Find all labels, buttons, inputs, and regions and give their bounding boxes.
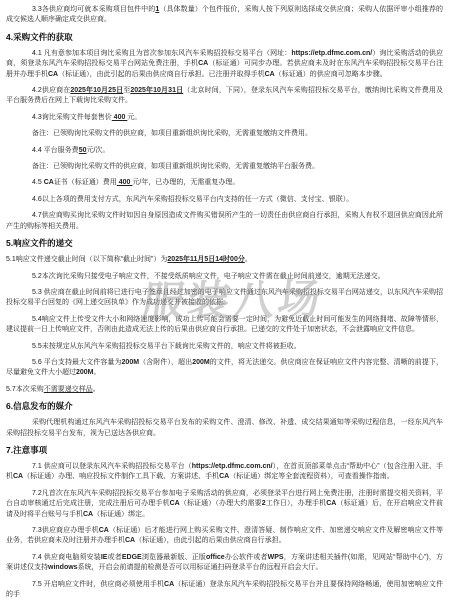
text-segment: 工作日），办理手机: [266, 500, 327, 507]
text-segment: （标证通），由此引起的后果由供应商自行承担。已注册并取得手机: [58, 71, 265, 78]
text-segment: 备注：已领购询比采购文件的供应商，如项目重新组织询比采购，无需重复缴纳文件费用。: [32, 130, 312, 137]
text-segment: 5.响应文件的递交: [6, 238, 73, 248]
text-segment: 5.7本次采购: [6, 386, 44, 393]
paragraph: 采购代理机构通过东风汽车采购招投标交易平台发布的采购文件、澄清、修改、补遗、成交…: [6, 418, 443, 439]
text-segment: （标证通）绑定。: [93, 511, 149, 518]
text-segment: （标证通）办理、响应投标文件制作工具下载、方案讲述、手机: [23, 473, 219, 480]
text-segment: 4.3询比采购文件每套售价: [32, 114, 112, 121]
text-segment: 5.6 平台支持最大文件容量为: [32, 359, 122, 366]
emphasis-text: 200M: [192, 359, 210, 366]
paragraph: 5.7本次采购不需要递交样品。: [6, 385, 443, 395]
text-segment: （标证通），由此引起的后果由供应商自行承担。: [135, 537, 286, 544]
paragraph: 4.2供应商在2025年10月25日至2025年10月31日（北京时间，下同），…: [6, 86, 443, 107]
paragraph: 4.1 凡有意参加本项目询比采购且为首次参加东风汽车采购招投标交易平台（网址：h…: [6, 49, 443, 80]
text-segment: （含附件），超出: [139, 359, 192, 366]
text-segment: 5.3 供应商在截止时间前将已进行电子签章且经过加密的电子响应文件通过东风汽车采…: [6, 289, 443, 306]
emphasis-text: EDGE: [122, 554, 142, 561]
text-segment: 6.信息发布的媒介: [6, 401, 73, 411]
text-segment: 3.3各供应商均可就本采购项目包件中的: [32, 6, 155, 13]
text-segment: 采购代理机构通过东风汽车采购招投标交易平台发布的采购文件、澄清、修改、补遗、成交…: [6, 419, 443, 436]
text-segment: 备注：已领购询比采购文件的供应商，如项目重新组织询比采购，无需重复缴纳平台服务费…: [32, 163, 319, 170]
paragraph: 4.7供应商购买询比采购文件时如因自身原因造成文件购买错误所产生的一切责任由供应…: [6, 211, 443, 232]
emphasis-text: 200M: [76, 369, 94, 376]
text-segment: 4.5: [32, 179, 44, 186]
text-segment: 7.注意事项: [6, 445, 47, 455]
paragraph: 3.3各供应商均可就本采购项目包件中的1（具体数量）个包件报价，采购人按下列原则…: [6, 5, 443, 26]
text-segment: 5.2本次询比采购只接受电子响应文件，不接受纸质响应文件，电子响应文件需在截止时…: [32, 273, 385, 280]
paragraph: 4.4 平台服务费50元/次。: [6, 146, 443, 156]
paragraph: 7.1 供应商可以登录东风汽车采购招投标交易平台（https://etp.dfm…: [6, 462, 443, 483]
paragraph: 7.5 开启响应文件时，供应商必须使用手机CA（标证通）登录东风汽车采购招投标交…: [6, 580, 443, 600]
paragraph: 4.6以上各项的费用支付方式，东风汽车采购招投标交易平台内支持的任一方式（微信、…: [6, 195, 443, 205]
emphasis-text: CA: [48, 71, 58, 78]
text-segment: 4.6以上各项的费用支付方式，东风汽车采购招投标交易平台内支持的任一方式（微信、…: [32, 196, 353, 203]
emphasis-text: CA: [198, 60, 208, 67]
emphasis-text: 2025年10月25日: [70, 87, 123, 94]
text-segment: 证书（标证通）费用: [54, 179, 117, 186]
emphasis-text: https://etp.dfmc.com.cn/: [291, 50, 372, 57]
text-segment: 系统，开启会前请提前检测是否可以用标证通扫码登录平台的远程开启会大厅。: [78, 564, 323, 571]
emphasis-text: CA: [164, 581, 174, 588]
text-segment: （标证通）绑定等全套流程资料），可查看操作指南。: [229, 473, 394, 480]
text-segment: （标证通）（办理大约需要: [180, 500, 262, 507]
emphasis-text: 2025年11月5日14时00分: [167, 256, 244, 263]
section-heading: 5.响应文件的递交: [6, 238, 443, 249]
emphasis-text: 2025年10月31日: [130, 87, 183, 94]
paragraph: 备注：已领购询比采购文件的供应商，如项目重新组织询比采购，无需重复缴纳文件费用。: [6, 129, 443, 139]
emphasis-text: CA: [99, 527, 109, 534]
text-segment: 元/年，已办理的，无需重复办理。: [132, 179, 239, 186]
emphasis-text: WPS: [268, 554, 284, 561]
text-segment: 元/次。: [86, 147, 109, 154]
paragraph: 7.4 供应商电脑须安装IE或者EDGE浏览器最新版、正版office办公软件或…: [6, 553, 443, 574]
emphasis-text: CA: [170, 500, 180, 507]
text-segment: 。: [94, 369, 101, 376]
paragraph: 5.2本次询比采购只接受电子响应文件，不接受纸质响应文件，电子响应文件需在截止时…: [6, 272, 443, 282]
text-segment: 4.采购文件的获取: [6, 32, 73, 42]
text-segment: 浏览器最新版、正版: [142, 554, 206, 561]
paragraph: 5.5未按规定从东风汽车采购招投标交易平台下载询比采购文件的，响应文件将被拒收。: [6, 342, 443, 352]
text-segment: 5.4响应文件上传受文件大小和网络速度影响，成功上传可能会需要一定时间，为避免近…: [6, 316, 443, 333]
text-segment: 7.5 开启响应文件时，供应商必须使用手机: [32, 581, 164, 588]
paragraph: 7.2凡首次在东风汽车采购招投标交易平台参加电子采购活动的供应商，必须登录平台进…: [6, 489, 443, 520]
emphasis-text: 不需要递交样品: [44, 386, 93, 393]
emphasis-text: 400: [117, 179, 133, 186]
text-segment: 办公软件或者: [225, 554, 268, 561]
emphasis-text: CA: [83, 511, 93, 518]
emphasis-text: windows: [48, 564, 78, 571]
text-segment: 或者: [107, 554, 121, 561]
paragraph: 备注：已领购询比采购文件的供应商，如项目重新组织询比采购，无需重复缴纳平台服务费…: [6, 162, 443, 172]
emphasis-text: CA: [219, 473, 229, 480]
section-heading: 4.采购文件的获取: [6, 32, 443, 43]
emphasis-text: CA: [44, 179, 54, 186]
text-segment: 5.5未按规定从东风汽车采购招投标交易平台下载询比采购文件的，响应文件将被拒收。: [32, 343, 301, 350]
paragraph: 5.4响应文件上传受文件大小和网络速度影响，成功上传可能会需要一定时间，为避免近…: [6, 315, 443, 336]
emphasis-text: 400: [112, 114, 128, 121]
paragraph: 5.3 供应商在截止时间前将已进行电子签章且经过加密的电子响应文件通过东风汽车采…: [6, 288, 443, 309]
text-segment: （标证通）的供应商可忽略本步骤。: [275, 71, 387, 78]
paragraph: 7.3供应商应办理手机CA（标证通）后才能进行网上购买采购文件、澄清答疑、制作响…: [6, 526, 443, 547]
emphasis-text: CA: [326, 500, 336, 507]
text-segment: 4.7供应商购买询比采购文件时如因自身原因造成文件购买错误所产生的一切责任由供应…: [6, 212, 443, 229]
emphasis-text: 200M: [122, 359, 140, 366]
emphasis-text: CA: [125, 537, 135, 544]
text-segment: 4.4 平台服务费: [32, 147, 79, 154]
section-heading: 7.注意事项: [6, 445, 443, 456]
section-heading: 6.信息发布的媒介: [6, 401, 443, 412]
paragraph: 5.6 平台支持最大文件容量为200M（含附件），超出200M的文件，将无法递交…: [6, 358, 443, 379]
document-page: { "page": { "watermark": "服装八场" }, "docu…: [0, 0, 450, 600]
text-segment: 4.1 凡有意参加本项目询比采购且为首次参加东风汽车采购招投标交易平台（网址：: [32, 50, 291, 57]
text-segment: 7.4 供应商电脑须安装: [32, 554, 101, 561]
text-segment: 元。: [127, 114, 141, 121]
text-segment: 7.1 供应商可以登录东风汽车采购招投标交易平台（: [32, 463, 192, 470]
emphasis-text: CA: [13, 473, 23, 480]
paragraph: 4.3询比采购文件每套售价 400 元。: [6, 113, 443, 123]
emphasis-text: office: [206, 554, 225, 561]
paragraph: 5.1响应文件递交截止时间（以下简称“截止时间”）为2025年11月5日14时0…: [6, 255, 443, 265]
text-segment: 4.2供应商在: [32, 87, 70, 94]
text-segment: 。: [93, 386, 100, 393]
paragraph: 4.5 CA证书（标证通）费用 400 元/年，已办理的，无需重复办理。: [6, 178, 443, 188]
emphasis-text: CA: [265, 71, 275, 78]
text-segment: 。: [245, 256, 252, 263]
document-body: 3.3各供应商均可就本采购项目包件中的1（具体数量）个包件报价，采购人按下列原则…: [0, 0, 450, 600]
text-segment: 5.1响应文件递交截止时间（以下简称“截止时间”）为: [6, 256, 167, 263]
text-segment: 7.3供应商应办理手机: [32, 527, 99, 534]
emphasis-text: https://etp.dfmc.com.cn/: [192, 463, 273, 470]
